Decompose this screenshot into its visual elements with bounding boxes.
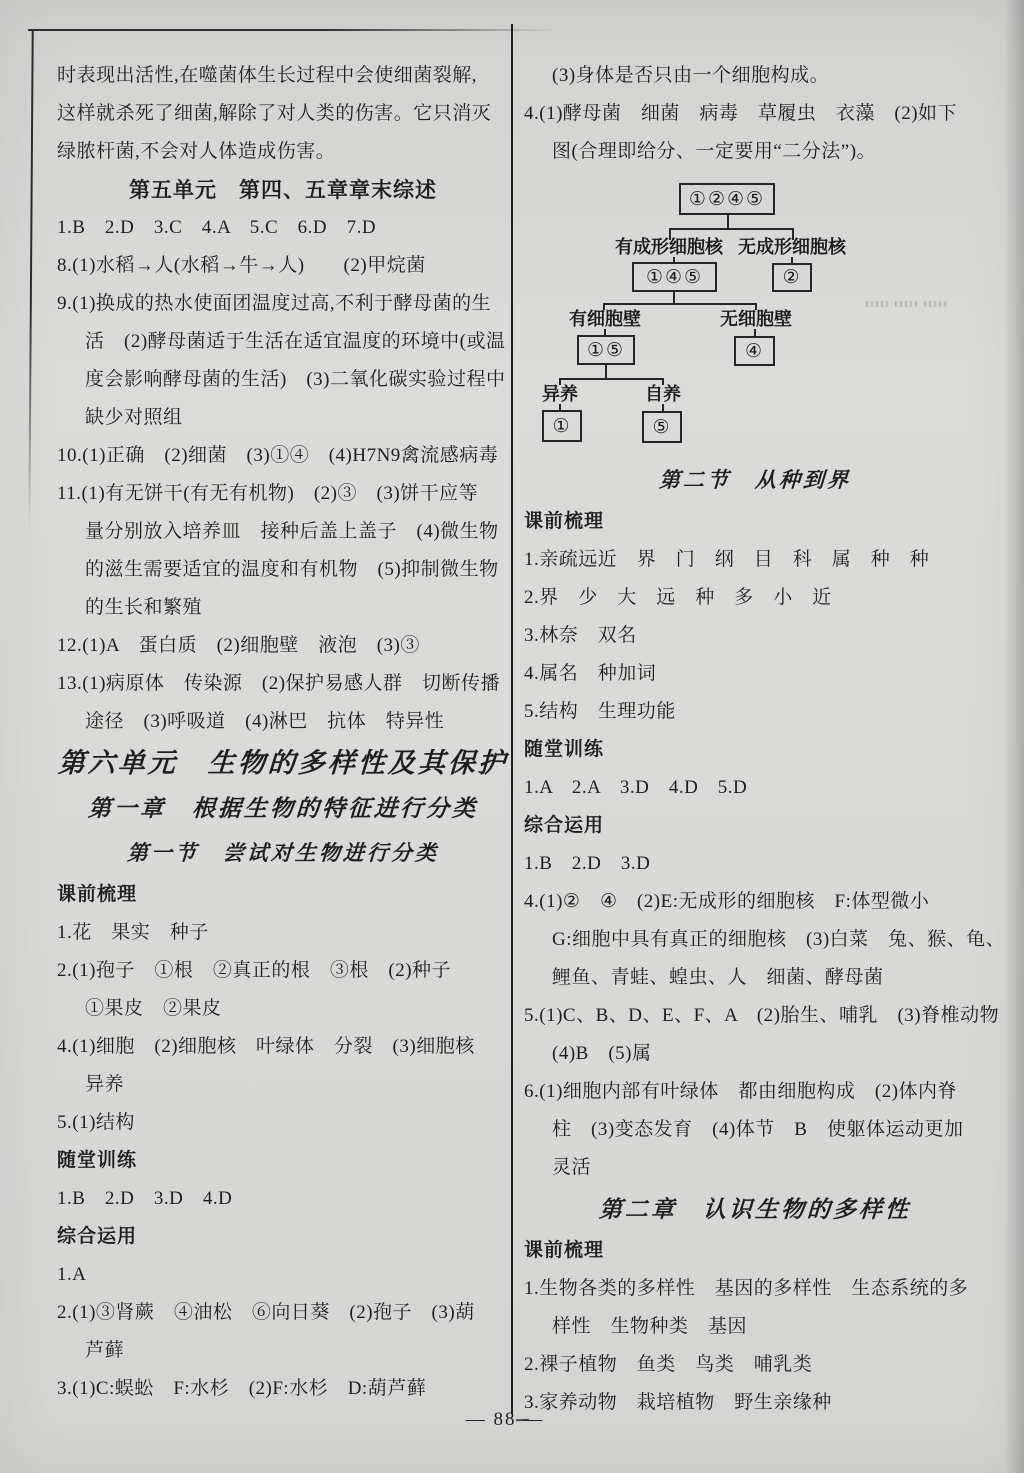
text-line: 1.B 2.D 3.C 4.A 5.C 6.D 7.D bbox=[57, 209, 509, 247]
text-line: 综合运用 bbox=[524, 807, 986, 845]
text-line: 课前梳理 bbox=[524, 503, 986, 541]
text-line: 第六单元 生物的多样性及其保护 bbox=[56, 741, 510, 786]
text-line: 1.A 2.A 3.D 4.D 5.D bbox=[524, 769, 986, 807]
text-line: 3.家养动物 栽培植物 野生亲缘种 bbox=[524, 1384, 986, 1422]
text-line: 途径 (3)呼吸道 (4)淋巴 抗体 特异性 bbox=[57, 703, 509, 741]
text-line: 缺少对照组 bbox=[57, 399, 509, 437]
flowchart-box-15: ①⑤ bbox=[577, 335, 635, 365]
connector-line bbox=[754, 329, 756, 336]
scanned-answer-page: 时表现出活性,在噬菌体生长过程中会使细菌裂解,这样就杀死了细菌,解除了对人类的伤… bbox=[0, 0, 1024, 1473]
flowchart-root-box: ①②④⑤ bbox=[679, 183, 775, 215]
text-line: 第二节 从种到界 bbox=[523, 458, 987, 503]
text-line: 1.花 果实 种子 bbox=[57, 914, 509, 952]
text-line: (3)身体是否只由一个细胞构成。 bbox=[524, 57, 986, 95]
text-line: 的滋生需要适宜的温度和有机物 (5)抑制微生物 bbox=[57, 551, 509, 589]
text-line: 4.(1)② ④ (2)E:无成形的细胞核 F:体型微小 bbox=[524, 883, 986, 921]
classification-flowchart: ①②④⑤ 有成形细胞核 无成形细胞核 ①④⑤ ② 有细胞壁 无细胞壁 ①⑤ ④ bbox=[524, 183, 986, 446]
text-line: 5.结构 生理功能 bbox=[524, 693, 986, 731]
text-line: 综合运用 bbox=[57, 1218, 509, 1256]
connector-line bbox=[605, 365, 607, 378]
text-line: 1.B 2.D 3.D bbox=[524, 845, 986, 883]
connector-line bbox=[559, 378, 664, 380]
text-line: (4)B (5)属 bbox=[524, 1035, 986, 1073]
text-line: 13.(1)病原体 传染源 (2)保护易感人群 切断传播 bbox=[57, 665, 509, 703]
text-line: 12.(1)A 蛋白质 (2)细胞壁 液泡 (3)③ bbox=[57, 627, 509, 665]
flowchart-label-cellwall-no: 无细胞壁 bbox=[710, 309, 802, 329]
flowchart-box-5: ⑤ bbox=[642, 411, 682, 443]
page-number: — 88 — bbox=[466, 1409, 545, 1431]
text-line: 的生长和繁殖 bbox=[57, 589, 509, 627]
text-line: 活 (2)酵母菌适于生活在适宜温度的环境中(或温 bbox=[57, 323, 509, 361]
text-line: ①果皮 ②果皮 bbox=[57, 990, 509, 1028]
text-line: 6.(1)细胞内部有叶绿体 都由细胞构成 (2)体内脊 bbox=[524, 1073, 986, 1111]
connector-line bbox=[669, 228, 794, 230]
flowchart-box-1: ① bbox=[542, 410, 582, 442]
flowchart-box-2: ② bbox=[772, 263, 812, 292]
page-left-border-line bbox=[28, 29, 33, 529]
text-line: 2.界 少 大 远 种 多 小 近 bbox=[524, 579, 986, 617]
right-column-top-lines: (3)身体是否只由一个细胞构成。4.(1)酵母菌 细菌 病毒 草履虫 衣藻 (2… bbox=[524, 57, 986, 171]
flowchart-label-autotroph: 自养 bbox=[641, 384, 685, 404]
text-line: 绿脓杆菌,不会对人体造成伤害。 bbox=[57, 133, 509, 171]
page-top-border-line bbox=[28, 29, 558, 31]
connector-line bbox=[727, 215, 729, 228]
text-line: 5.(1)结构 bbox=[57, 1104, 509, 1142]
text-line: 度会影响酵母菌的生活) (3)二氧化碳实验过程中 bbox=[57, 361, 509, 399]
flowchart-label-nucleus-yes: 有成形细胞核 bbox=[602, 237, 736, 257]
flowchart-label-cellwall-yes: 有细胞壁 bbox=[559, 309, 651, 329]
text-line: 4.(1)细胞 (2)细胞核 叶绿体 分裂 (3)细胞核 bbox=[57, 1028, 509, 1066]
text-line: 量分别放入培养皿 接种后盖上盖子 (4)微生物 bbox=[57, 513, 509, 551]
text-line: 第一章 根据生物的特征进行分类 bbox=[56, 786, 510, 831]
text-line: 4.属名 种加词 bbox=[524, 655, 986, 693]
text-line: 异养 bbox=[57, 1066, 509, 1104]
page-edge-shadow bbox=[1004, 0, 1024, 1473]
right-column: (3)身体是否只由一个细胞构成。4.(1)酵母菌 细菌 病毒 草履虫 衣藻 (2… bbox=[524, 57, 986, 1422]
bleed-through-marks bbox=[866, 294, 953, 312]
text-line: 第一节 尝试对生物进行分类 bbox=[56, 831, 510, 876]
text-line: 3.林奈 双名 bbox=[524, 617, 986, 655]
left-column: 时表现出活性,在噬菌体生长过程中会使细菌裂解,这样就杀死了细菌,解除了对人类的伤… bbox=[57, 57, 509, 1408]
text-line: 4.(1)酵母菌 细菌 病毒 草履虫 衣藻 (2)如下 bbox=[524, 95, 986, 133]
text-line: 随堂训练 bbox=[524, 731, 986, 769]
text-line: 1.B 2.D 3.D 4.D bbox=[57, 1180, 509, 1218]
text-line: 样性 生物种类 基因 bbox=[524, 1308, 986, 1346]
text-line: 2.(1)孢子 ①根 ②真正的根 ③根 (2)种子 bbox=[57, 952, 509, 990]
text-line: G:细胞中具有真正的细胞核 (3)白菜 兔、猴、龟、 bbox=[524, 921, 986, 959]
connector-line bbox=[662, 404, 664, 411]
text-line: 灵活 bbox=[524, 1149, 986, 1187]
text-line: 第二章 认识生物的多样性 bbox=[523, 1187, 987, 1232]
text-line: 柱 (3)变态发育 (4)体节 B 使躯体运动更加 bbox=[524, 1111, 986, 1149]
text-line: 课前梳理 bbox=[524, 1232, 986, 1270]
flowchart-label-nucleus-no: 无成形细胞核 bbox=[725, 237, 859, 257]
text-line: 11.(1)有无饼干(有无有机物) (2)③ (3)饼干应等 bbox=[57, 475, 509, 513]
text-line: 鲤鱼、青蛙、蝗虫、人 细菌、酵母菌 bbox=[524, 959, 986, 997]
flowchart-box-4: ④ bbox=[734, 336, 775, 366]
text-line: 随堂训练 bbox=[57, 1142, 509, 1180]
flowchart-label-heterotroph: 异养 bbox=[538, 384, 582, 404]
text-line: 课前梳理 bbox=[57, 876, 509, 914]
text-line: 时表现出活性,在噬菌体生长过程中会使细菌裂解, bbox=[57, 57, 509, 95]
text-line: 10.(1)正确 (2)细菌 (3)①④ (4)H7N9禽流感病毒 bbox=[57, 437, 509, 475]
text-line: 9.(1)换成的热水使面团温度过高,不利于酵母菌的生 bbox=[57, 285, 509, 323]
text-line: 2.裸子植物 鱼类 鸟类 哺乳类 bbox=[524, 1346, 986, 1384]
connector-line bbox=[673, 292, 675, 303]
text-line: 2.(1)③肾蕨 ④油松 ⑥向日葵 (2)孢子 (3)葫 bbox=[57, 1294, 509, 1332]
text-line: 这样就杀死了细菌,解除了对人类的伤害。它只消灭 bbox=[57, 95, 509, 133]
text-line: 8.(1)水稻→人(水稻→牛→人) (2)甲烷菌 bbox=[57, 247, 509, 285]
text-line: 芦藓 bbox=[57, 1332, 509, 1370]
text-line: 1.A bbox=[57, 1256, 509, 1294]
column-divider-line bbox=[511, 24, 513, 1414]
text-line: 第五单元 第四、五章章末综述 bbox=[57, 171, 509, 209]
flowchart-box-145: ①④⑤ bbox=[632, 262, 717, 292]
connector-line bbox=[603, 303, 757, 305]
text-line: 3.(1)C:蜈蚣 F:水杉 (2)F:水杉 D:葫芦藓 bbox=[57, 1370, 509, 1408]
text-line: 5.(1)C、B、D、E、F、A (2)胎生、哺乳 (3)脊椎动物 bbox=[524, 997, 986, 1035]
text-line: 1.生物各类的多样性 基因的多样性 生态系统的多 bbox=[524, 1270, 986, 1308]
right-column-bottom-lines: 第二节 从种到界课前梳理1.亲疏远近 界 门 纲 目 科 属 种 种2.界 少 … bbox=[524, 458, 986, 1422]
text-line: 图(合理即给分、一定要用“二分法”)。 bbox=[524, 133, 986, 171]
text-line: 1.亲疏远近 界 门 纲 目 科 属 种 种 bbox=[524, 541, 986, 579]
